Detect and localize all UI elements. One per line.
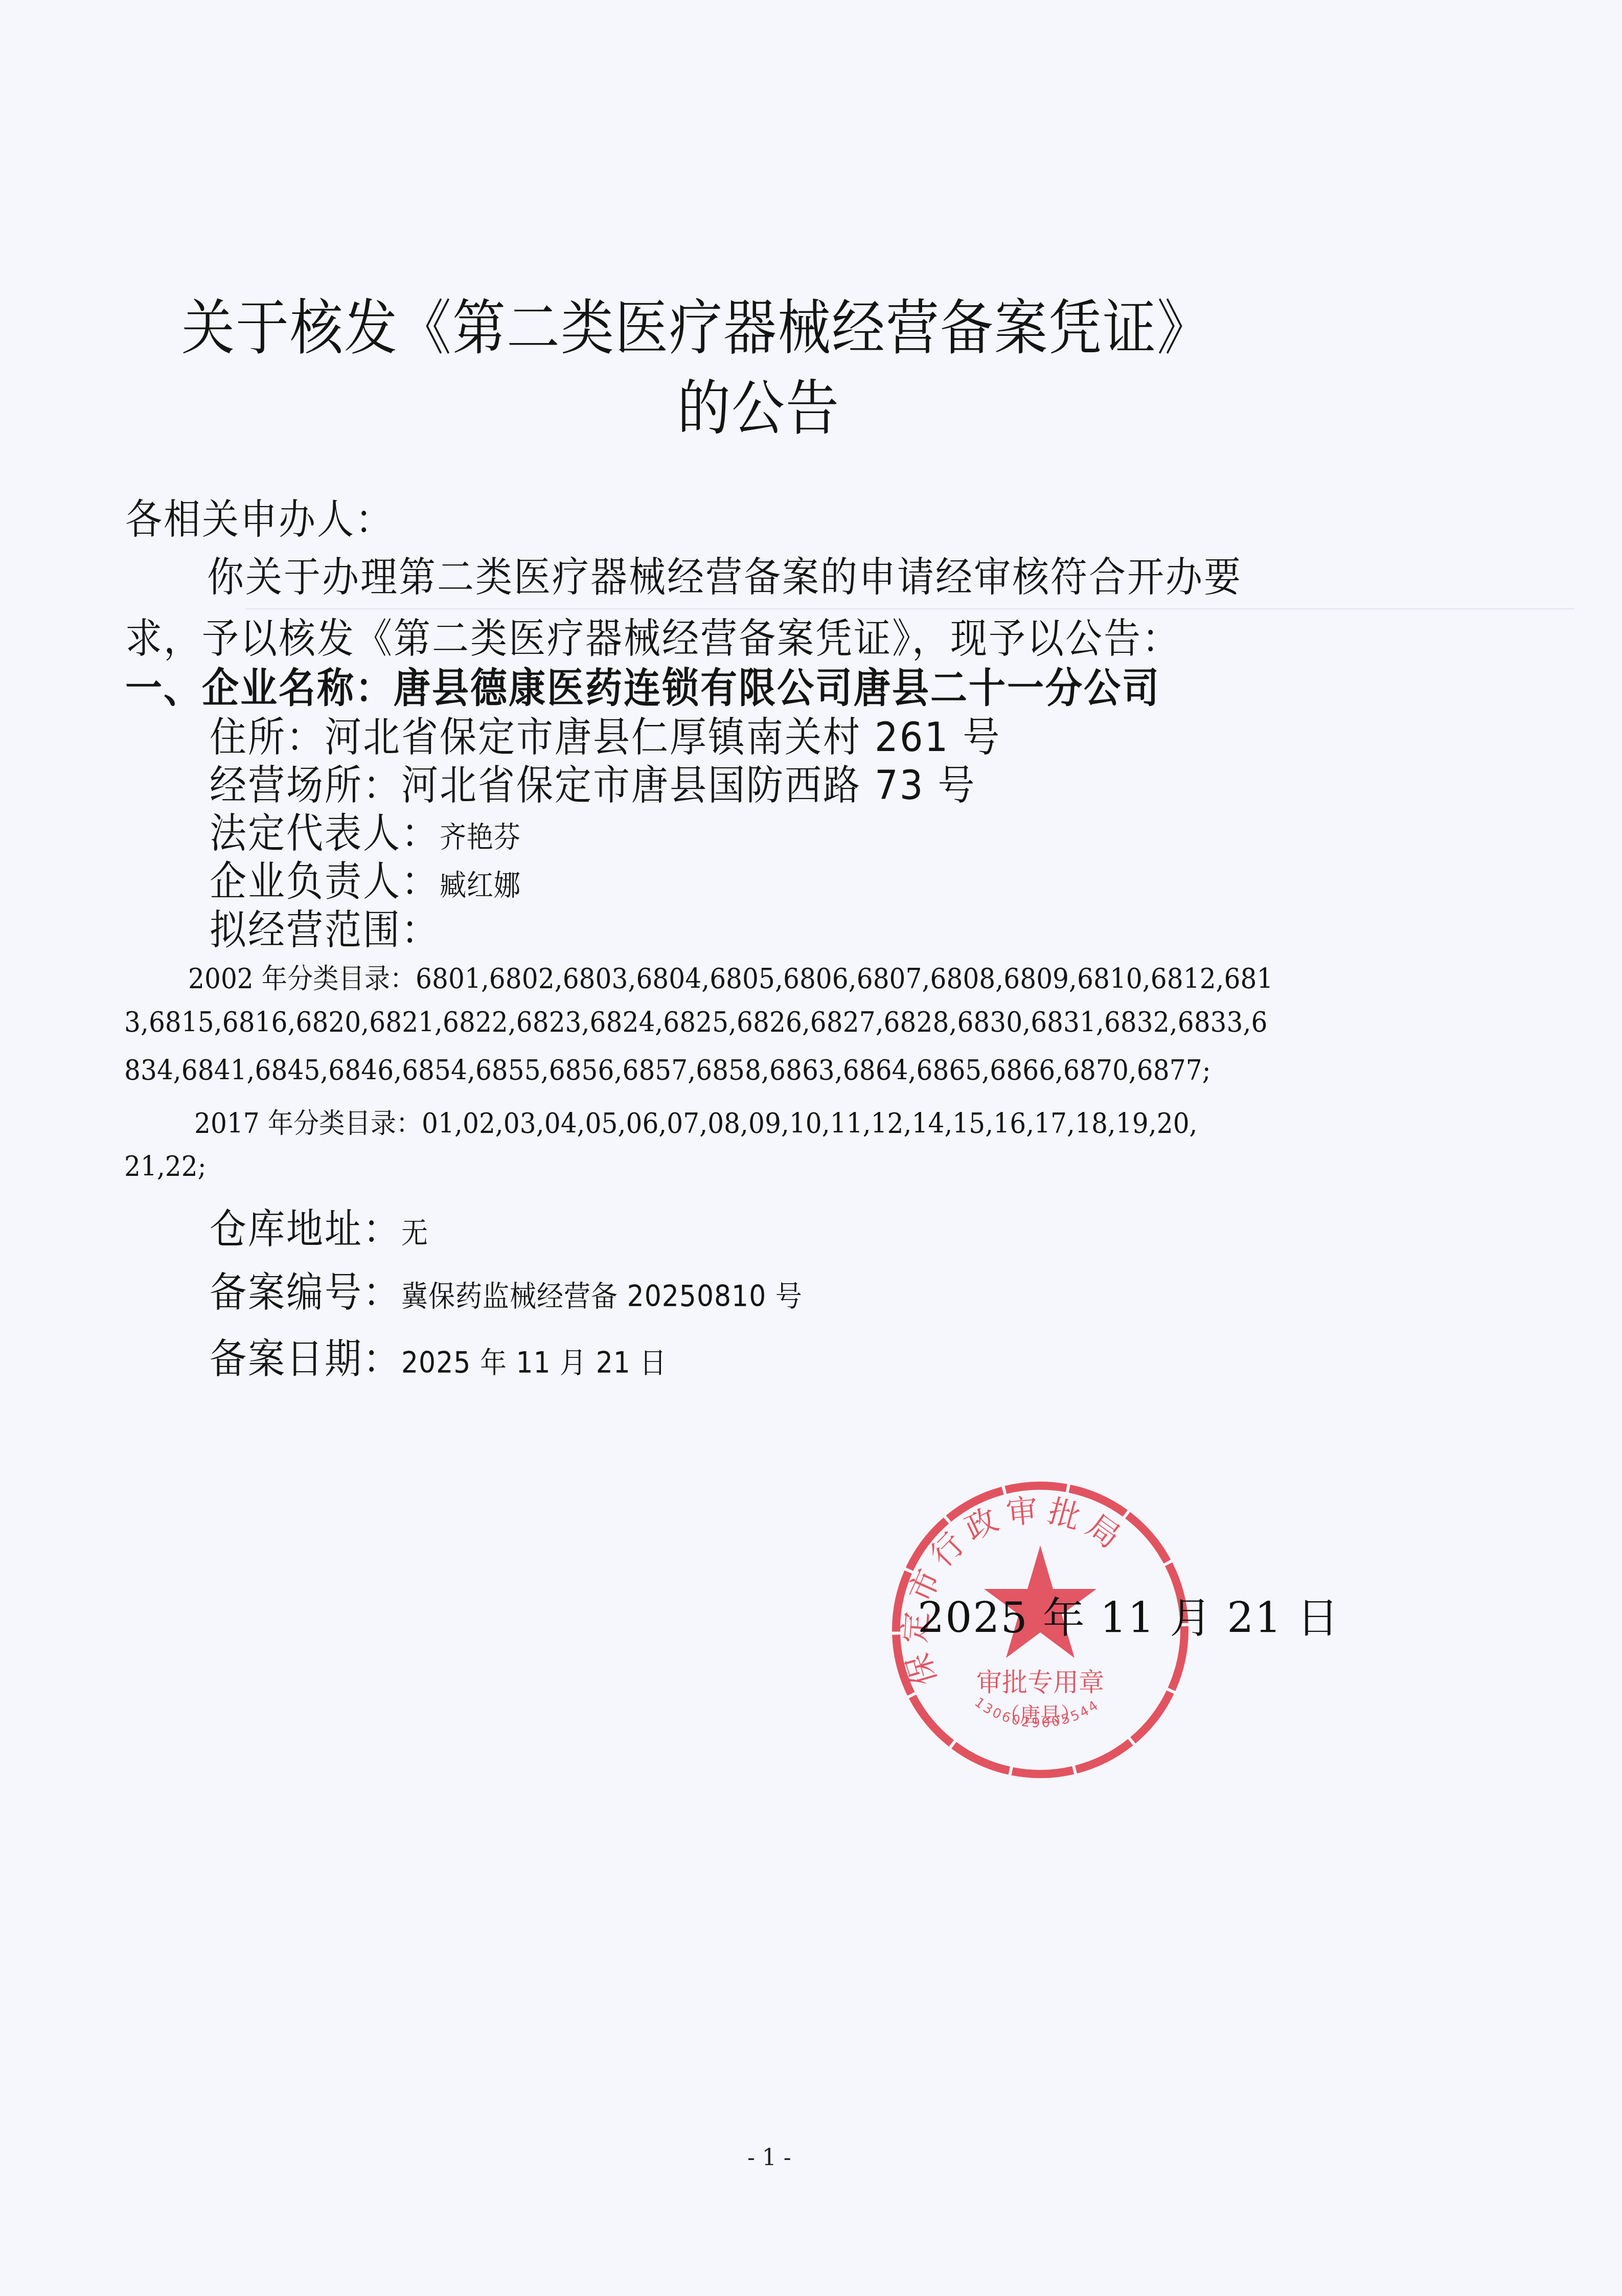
catalog-2017-label: 2017 年分类目录： <box>194 1107 422 1140</box>
salutation: 各相关申办人： <box>125 487 394 545</box>
document-page: 关于核发《第二类医疗器械经营备案凭证》 的公告 各相关申办人： 你关于办理第二类… <box>0 0 1622 2296</box>
person-in-charge-value: 臧红娜 <box>440 861 521 904</box>
paragraph-line1: 你关于办理第二类医疗器械经营备案的申请经审核符合开办要 <box>207 544 1242 603</box>
catalog-2017-line2: 21,22; <box>124 1150 207 1183</box>
catalog-2002-line3: 834,6841,6845,6846,6854,6855,6856,6857,6… <box>124 1054 1211 1086</box>
filing-date-label: 备案日期： <box>210 1326 401 1384</box>
warehouse-value: 无 <box>401 1209 428 1252</box>
catalog-2002-line1: 2002 年分类目录：6801,6802,6803,6804,6805,6806… <box>188 957 1273 996</box>
document-title-line2: 的公告 <box>677 360 840 446</box>
catalog-2017-line1: 2017 年分类目录：01,02,03,04,05,06,07,08,09,10… <box>194 1102 1198 1141</box>
catalog-2002-line2: 3,6815,6816,6820,6821,6822,6823,6824,682… <box>124 1006 1267 1038</box>
seal-center-text: 审批专用章 <box>976 1668 1104 1697</box>
catalog-2002-codes-line1: 6801,6802,6803,6804,6805,6806,6807,6808,… <box>416 963 1273 995</box>
field-filing-number: 备案编号：冀保药监械经营备 20250810 号 <box>210 1260 803 1318</box>
filing-number-label: 备案编号： <box>210 1260 401 1318</box>
field-filing-date: 备案日期：2025 年 11 月 21 日 <box>210 1326 667 1384</box>
warehouse-label: 仓库地址： <box>210 1196 401 1255</box>
catalog-2002-label: 2002 年分类目录： <box>188 963 416 995</box>
document-title-line1: 关于核发《第二类医疗器械经营备案凭证》 <box>181 280 1211 366</box>
filing-date-value: 2025 年 11 月 21 日 <box>401 1339 667 1381</box>
page-number: - 1 - <box>747 2145 791 2171</box>
signature-date: 2025 年 11 月 21 日 <box>918 1585 1340 1645</box>
filing-number-value: 冀保药监械经营备 20250810 号 <box>401 1272 803 1315</box>
field-warehouse: 仓库地址：无 <box>210 1196 428 1255</box>
field-scope-label: 拟经营范围： <box>210 897 440 956</box>
catalog-2017-codes-line1: 01,02,03,04,05,06,07,08,09,10,11,12,14,1… <box>422 1107 1197 1140</box>
